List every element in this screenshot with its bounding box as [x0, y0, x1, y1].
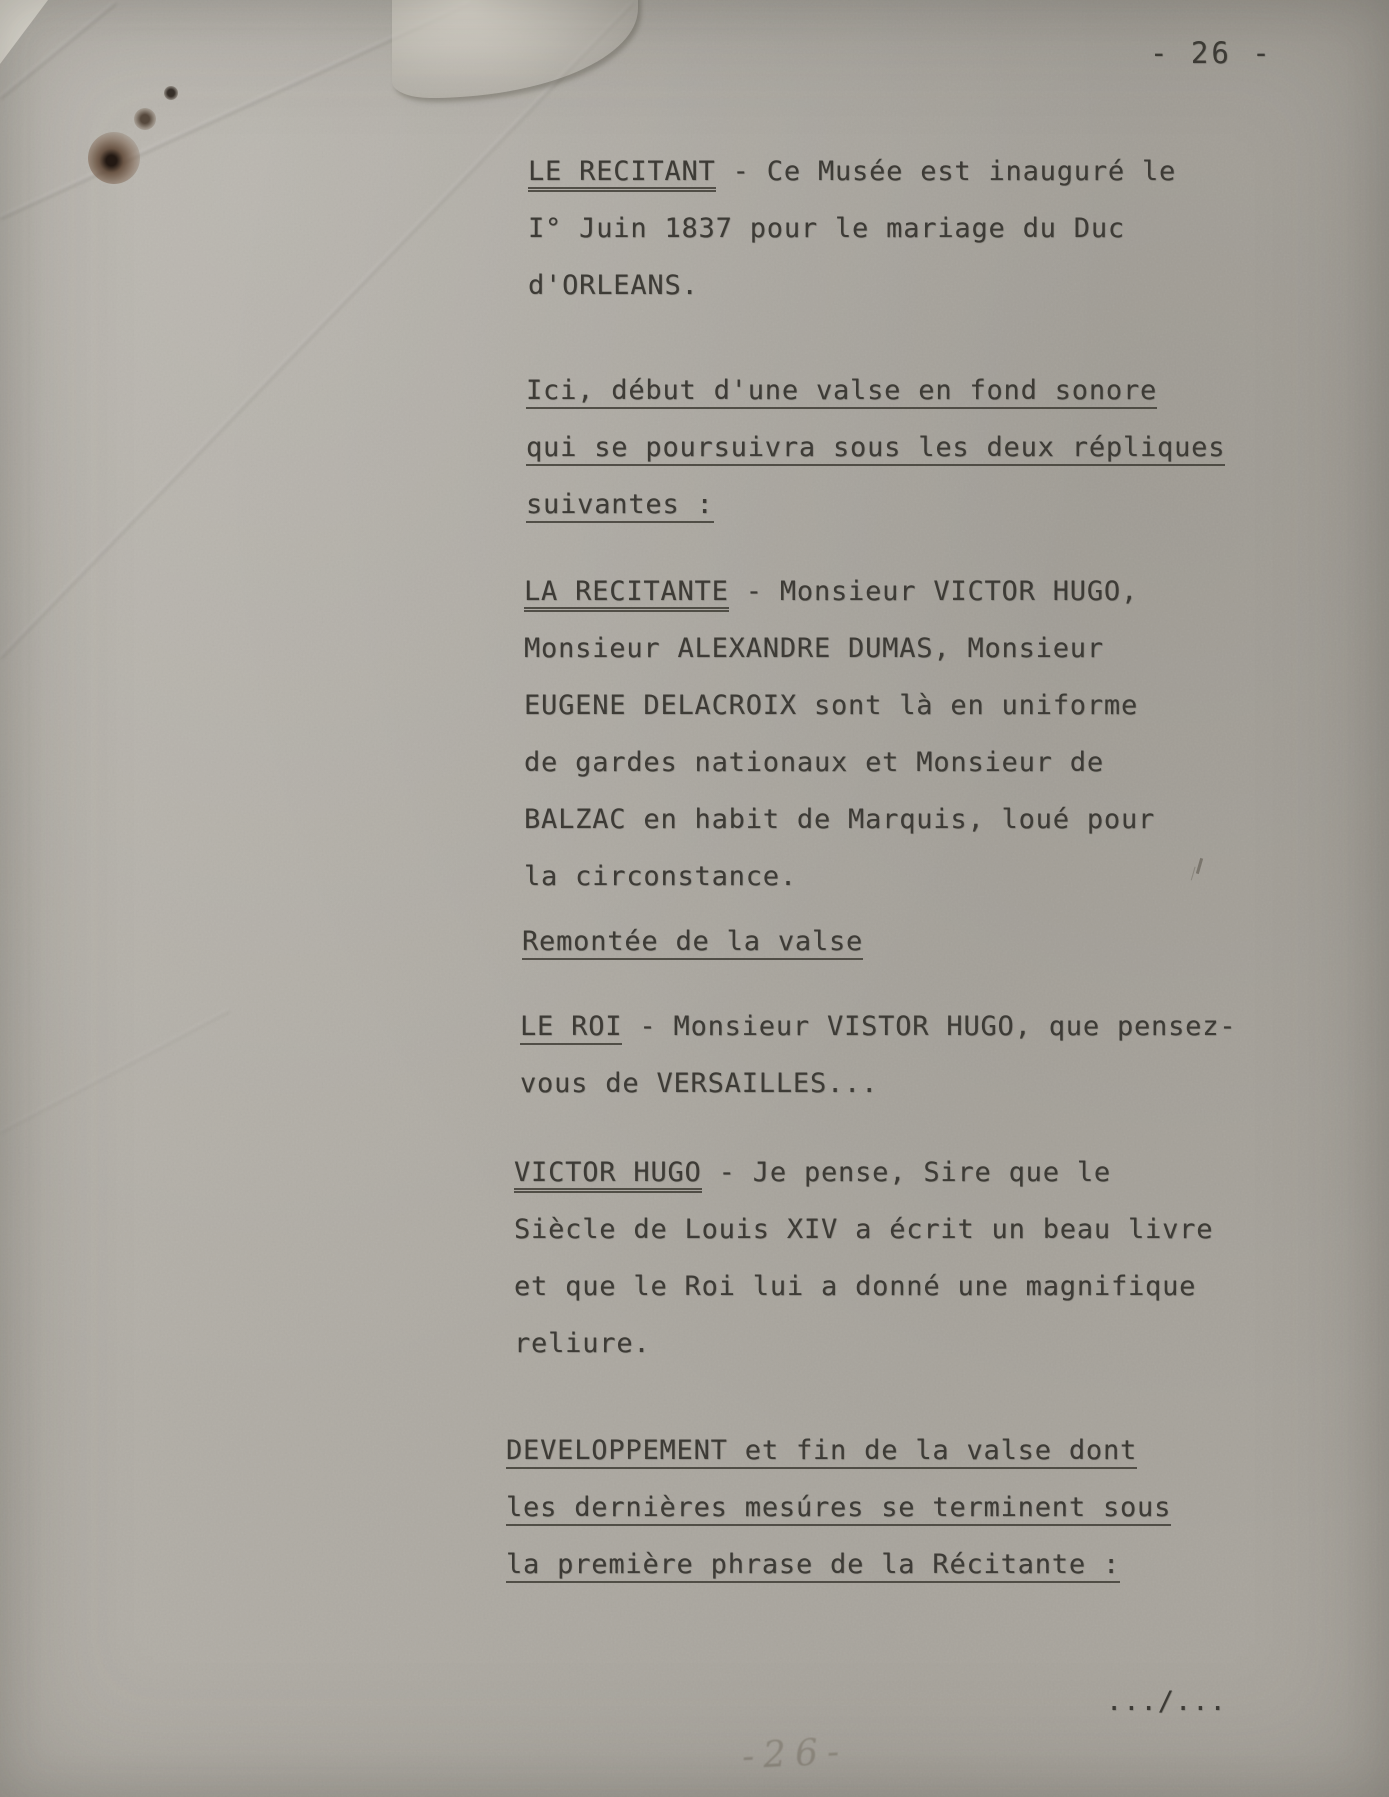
paragraph-stage-direction-developpement: DEVELOPPEMENT et fin de la valse dontles… [506, 1422, 1280, 1593]
typewritten-line: d'ORLEANS. [528, 257, 1280, 314]
underlined-text: Ici, début d'une valse en fond sonore [526, 375, 1157, 409]
underlined-text: la première phrase de la Récitante : [506, 1549, 1120, 1583]
ink-stain [164, 86, 178, 100]
typewritten-line: Siècle de Louis XIV a écrit un beau livr… [514, 1201, 1280, 1258]
underlined-text: Remontée de la valse [522, 926, 863, 960]
typewritten-line: la première phrase de la Récitante : [506, 1536, 1280, 1593]
underlined-text: qui se poursuivra sous les deux réplique… [526, 432, 1225, 466]
typewritten-line: Monsieur ALEXANDRE DUMAS, Monsieur [524, 620, 1280, 677]
ink-stain [88, 132, 140, 184]
typewritten-line: BALZAC en habit de Marquis, loué pour [524, 791, 1280, 848]
typewritten-text-column: LE RECITANT - Ce Musée est inauguré leI°… [520, 143, 1280, 1593]
typewritten-line: LA RECITANTE - Monsieur VICTOR HUGO, [524, 563, 1280, 620]
typewritten-line: Remontée de la valse [522, 913, 1280, 970]
paper-crease [0, 1, 117, 99]
text-segment: EUGENE DELACROIX sont là en uniforme [524, 690, 1138, 721]
paragraph-le-recitant: LE RECITANT - Ce Musée est inauguré leI°… [528, 143, 1280, 314]
typewritten-line: la circonstance. [524, 848, 1280, 905]
text-segment: - Je pense, Sire que le [702, 1157, 1111, 1188]
typewritten-line: de gardes nationaux et Monsieur de [524, 734, 1280, 791]
typewritten-line: LE ROI - Monsieur VISTOR HUGO, que pense… [520, 998, 1280, 1055]
text-segment: Siècle de Louis XIV a écrit un beau livr… [514, 1214, 1213, 1245]
typewritten-line: suivantes : [526, 476, 1280, 533]
typewritten-line: les dernières mesúres se terminent sous [506, 1479, 1280, 1536]
underlined-text: LA RECITANTE [524, 576, 729, 612]
underlined-text: LE ROI [520, 1011, 622, 1045]
text-segment: Monsieur ALEXANDRE DUMAS, Monsieur [524, 633, 1104, 664]
text-segment: d'ORLEANS. [528, 270, 699, 301]
typewritten-line: vous de VERSAILLES... [520, 1055, 1280, 1112]
typewritten-line: EUGENE DELACROIX sont là en uniforme [524, 677, 1280, 734]
paragraph-stage-direction-remontee: Remontée de la valse [522, 913, 1280, 970]
text-segment: la circonstance. [524, 861, 797, 892]
typewritten-line: I° Juin 1837 pour le mariage du Duc [528, 200, 1280, 257]
scanned-script-page: - 26 - LE RECITANT - Ce Musée est inaugu… [0, 0, 1389, 1797]
text-segment: - Monsieur VICTOR HUGO, [729, 576, 1138, 607]
ink-stain [134, 108, 156, 130]
text-segment: - Monsieur VISTOR HUGO, que pensez- [622, 1011, 1236, 1042]
typewritten-line: reliure. [514, 1315, 1280, 1372]
page-number-typed: - 26 - [1150, 36, 1273, 70]
text-segment: BALZAC en habit de Marquis, loué pour [524, 804, 1155, 835]
handwritten-page-number: -26- [741, 1731, 849, 1777]
text-segment: et que le Roi lui a donné une magnifique [514, 1271, 1196, 1302]
text-segment: I° Juin 1837 pour le mariage du Duc [528, 213, 1125, 244]
paragraph-la-recitante: LA RECITANTE - Monsieur VICTOR HUGO,Mons… [524, 563, 1280, 905]
typewritten-line: Ici, début d'une valse en fond sonore [526, 362, 1280, 419]
typewritten-line: VICTOR HUGO - Je pense, Sire que le [514, 1144, 1280, 1201]
typewritten-line: DEVELOPPEMENT et fin de la valse dont [506, 1422, 1280, 1479]
paper-fold-flap [392, 0, 638, 98]
underlined-text: les dernières mesúres se terminent sous [506, 1492, 1171, 1526]
paragraph-le-roi: LE ROI - Monsieur VISTOR HUGO, que pense… [520, 998, 1280, 1112]
text-segment: vous de VERSAILLES... [520, 1068, 878, 1099]
typewritten-line: LE RECITANT - Ce Musée est inauguré le [528, 143, 1280, 200]
underlined-text: VICTOR HUGO [514, 1157, 702, 1193]
paragraph-victor-hugo: VICTOR HUGO - Je pense, Sire que leSiècl… [514, 1144, 1280, 1372]
typewritten-line: qui se poursuivra sous les deux réplique… [526, 419, 1280, 476]
text-segment: - Ce Musée est inauguré le [716, 156, 1177, 187]
paper-crease [0, 1008, 231, 1134]
paragraph-stage-direction-valse: Ici, début d'une valse en fond sonorequi… [526, 362, 1280, 533]
typewritten-line: et que le Roi lui a donné une magnifique [514, 1258, 1280, 1315]
folded-corner [0, 0, 48, 64]
paper-crease [0, 1, 472, 220]
underlined-text: suivantes : [526, 489, 714, 523]
text-segment: reliure. [514, 1328, 650, 1359]
underlined-text: LE RECITANT [528, 156, 716, 192]
text-segment: de gardes nationaux et Monsieur de [524, 747, 1104, 778]
continuation-mark: .../... [1106, 1686, 1227, 1717]
underlined-text: DEVELOPPEMENT et fin de la valse dont [506, 1435, 1137, 1469]
